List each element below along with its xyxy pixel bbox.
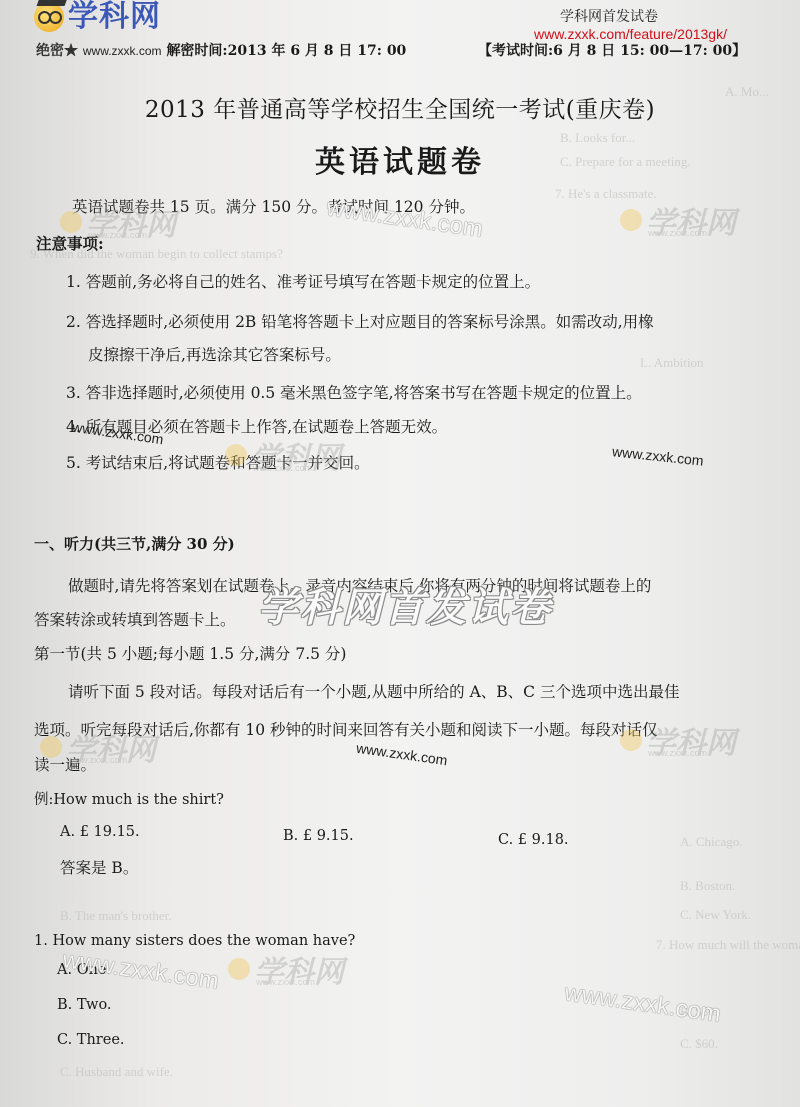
notice-item: 皮擦擦干净后,再选涂其它答案标号。 (88, 343, 341, 365)
example-answer: 答案是 B。 (60, 856, 138, 878)
watermark-url: www.zxxk.com (563, 979, 723, 1029)
bleed-text: 7. How much will the woman pay for ... (656, 937, 800, 953)
graduation-cap-icon (37, 0, 68, 6)
declassify-time: 解密时间:2013 年 6 月 8 日 17: 00 (166, 43, 406, 59)
bleed-text: C. New York. (680, 907, 751, 923)
logo-url: www.zxxk.com (83, 44, 162, 58)
watermark-logo: 学科网 www.zxxk.com (228, 947, 344, 991)
paper-subtitle: 英语试题卷 (0, 137, 800, 181)
logo-brand-text: 学科网 (68, 2, 161, 32)
watermark-logo: 学科网 www.zxxk.com (620, 718, 736, 762)
mascot-icon (620, 209, 642, 231)
confidential-prefix: 绝密★ (36, 43, 78, 59)
example-question: 例:How much is the shirt? (34, 788, 224, 809)
watermark-logo: 学科网 www.zxxk.com (620, 198, 736, 242)
site-logo[interactable]: 学科网 (34, 2, 161, 32)
watermark-url: www.zxxk.com (61, 946, 221, 996)
mascot-icon (60, 211, 82, 233)
q1-option-b: B. Two. (57, 997, 112, 1013)
example-option-c: C. £ 9.18. (498, 832, 569, 848)
example-option-b: B. £ 9.15. (283, 828, 354, 844)
notice-item: 2. 答选择题时,必须使用 2B 铅笔将答题卡上对应题目的答案标号涂黑。如需改动… (66, 310, 654, 332)
mascot-icon (225, 444, 247, 466)
section1-heading: 第一节(共 5 小题;每小题 1.5 分,满分 7.5 分) (34, 642, 346, 664)
notice-item: 3. 答非选择题时,必须使用 0.5 毫米黑色签字笔,将答案书写在答题卡规定的位… (66, 381, 642, 403)
mascot-icon (228, 958, 250, 980)
bleed-text: C. $60. (680, 1036, 718, 1052)
confidential-line: 绝密★ www.zxxk.com 解密时间:2013 年 6 月 8 日 17:… (36, 40, 406, 60)
mascot-icon (620, 729, 642, 751)
header-right: 学科网首发试卷 www.zxxk.com/feature/2013gk/ (534, 6, 727, 42)
bleed-text: C. Husband and wife. (60, 1064, 173, 1080)
bleed-text: A. Chicago. (680, 834, 742, 850)
bleed-text: B. The man's brother. (60, 908, 172, 924)
part1-instruction: 答案转涂或转填到答题卡上。 (34, 608, 236, 630)
section1-instruction: 请听下面 5 段对话。每段对话后有一个小题,从题中所给的 A、B、C 三个选项中… (68, 680, 679, 702)
watermark-logo: 学科网 www.zxxk.com (40, 725, 156, 769)
bleed-text: B. Boston. (680, 878, 735, 894)
first-release-watermark: 学科网首发试卷 (258, 576, 552, 633)
watermark-url: www.zxxk.com (355, 740, 448, 769)
mascot-icon (40, 736, 62, 758)
example-option-a: A. £ 19.15. (60, 824, 140, 840)
exam-title: 2013 年普通高等学校招生全国统一考试(重庆卷) (0, 91, 800, 124)
watermark-logo: 学科网 www.zxxk.com (60, 200, 176, 244)
part1-heading: 一、听力(共三节,满分 30 分) (34, 533, 235, 554)
watermark-url: www.zxxk.com (611, 443, 704, 469)
notice-item: 1. 答题前,务必将自己的姓名、准考证号填写在答题卡规定的位置上。 (66, 270, 540, 292)
first-release-label: 学科网首发试卷 (560, 6, 727, 26)
question-number: 1. (34, 933, 48, 949)
bleed-text: L. Ambition (640, 355, 704, 371)
q1-option-c: C. Three. (57, 1032, 125, 1048)
watermark-logo: 学科网 www.zxxk.com (225, 433, 341, 477)
exam-time: 【考试时间:6 月 8 日 15: 00—17: 00】 (478, 40, 746, 60)
mascot-icon (34, 2, 64, 32)
